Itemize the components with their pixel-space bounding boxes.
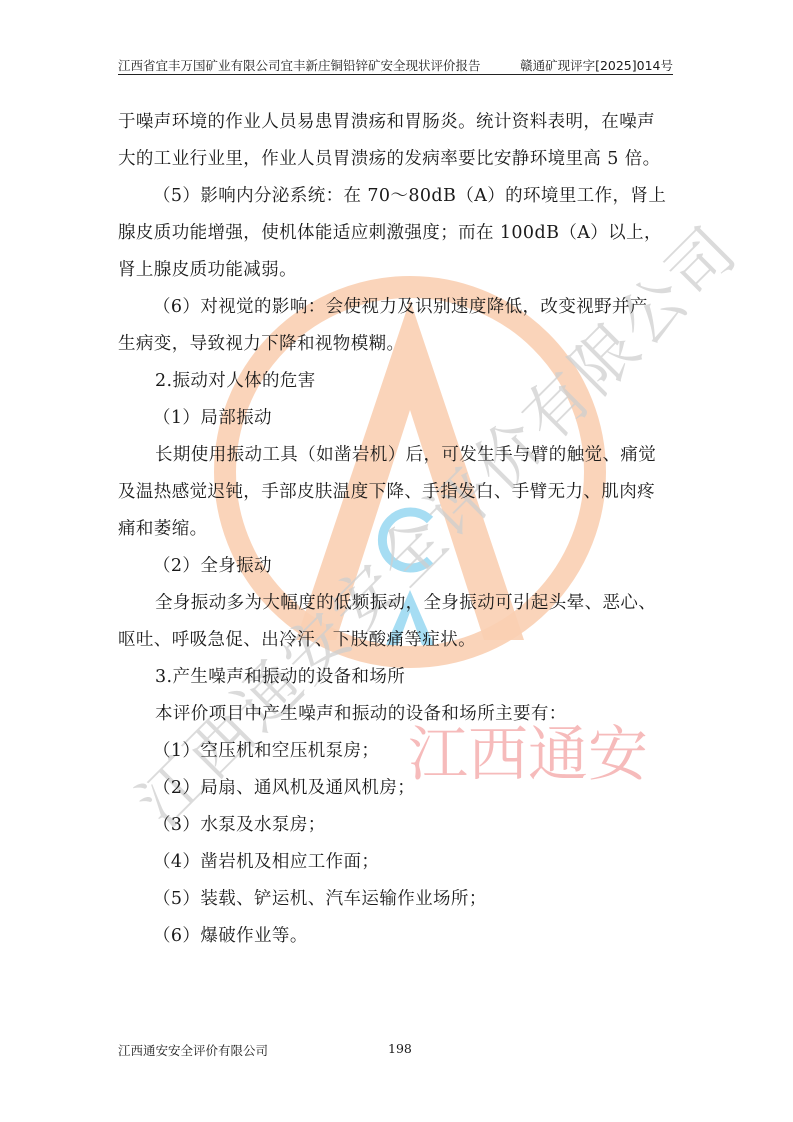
paragraph-line: （5）影响内分泌系统：在 70～80dB（A）的环境里工作，肾上 xyxy=(118,178,678,215)
list-item: （6）爆破作业等。 xyxy=(118,918,678,955)
list-item: （3）水泵及水泵房； xyxy=(118,807,678,844)
section-heading: 3.产生噪声和振动的设备和场所 xyxy=(118,659,678,696)
paragraph-line: 呕吐、呼吸急促、出冷汗、下肢酸痛等症状。 xyxy=(118,622,678,659)
list-item: （4）凿岩机及相应工作面； xyxy=(118,844,678,881)
paragraph-line: 及温热感觉迟钝，手部皮肤温度下降、手指发白、手臂无力、肌肉疼 xyxy=(118,474,678,511)
section-heading: 2.振动对人体的危害 xyxy=(118,363,678,400)
report-title: 江西省宜丰万国矿业有限公司宜丰新庄铜铅锌矿安全现状评价报告 xyxy=(118,56,481,74)
list-item: （1）空压机和空压机泵房； xyxy=(118,733,678,770)
paragraph-line: 痛和萎缩。 xyxy=(118,511,678,548)
paragraph-line: 全身振动多为大幅度的低频振动，全身振动可引起头晕、恶心、 xyxy=(118,585,678,622)
paragraph-line: 于噪声环境的作业人员易患胃溃疡和胃肠炎。统计资料表明，在噪声 xyxy=(118,104,678,141)
page-number: 198 xyxy=(388,1041,412,1056)
page-header: 江西省宜丰万国矿业有限公司宜丰新庄铜铅锌矿安全现状评价报告 赣通矿现评字[202… xyxy=(118,54,673,75)
paragraph-line: 本评价项目中产生噪声和振动的设备和场所主要有： xyxy=(118,696,678,733)
subsection-heading: （1）局部振动 xyxy=(118,400,678,437)
document-body: 于噪声环境的作业人员易患胃溃疡和胃肠炎。统计资料表明，在噪声 大的工业行业里，作… xyxy=(118,104,678,955)
paragraph-line: 长期使用振动工具（如凿岩机）后，可发生手与臂的触觉、痛觉 xyxy=(118,437,678,474)
list-item: （5）装载、铲运机、汽车运输作业场所； xyxy=(118,881,678,918)
paragraph-line: 生病变，导致视力下降和视物模糊。 xyxy=(118,326,678,363)
paragraph-line: 腺皮质功能增强，使机体能适应刺激强度；而在 100dB（A）以上， xyxy=(118,215,678,252)
paragraph-line: 肾上腺皮质功能减弱。 xyxy=(118,252,678,289)
document-number: 赣通矿现评字[2025]014号 xyxy=(520,56,673,74)
paragraph-line: （6）对视觉的影响：会使视力及识别速度降低，改变视野并产 xyxy=(118,289,678,326)
footer-company: 江西通安安全评价有限公司 xyxy=(118,1041,268,1059)
subsection-heading: （2）全身振动 xyxy=(118,548,678,585)
page-footer: 江西通安安全评价有限公司 198 xyxy=(118,1041,673,1059)
list-item: （2）局扇、通风机及通风机房； xyxy=(118,770,678,807)
document-page: 江西通安 江西通安安全评价有限公司 江西省宜丰万国矿业有限公司宜丰新庄铜铅锌矿安… xyxy=(0,0,793,1122)
paragraph-line: 大的工业行业里，作业人员胃溃疡的发病率要比安静环境里高 5 倍。 xyxy=(118,141,678,178)
